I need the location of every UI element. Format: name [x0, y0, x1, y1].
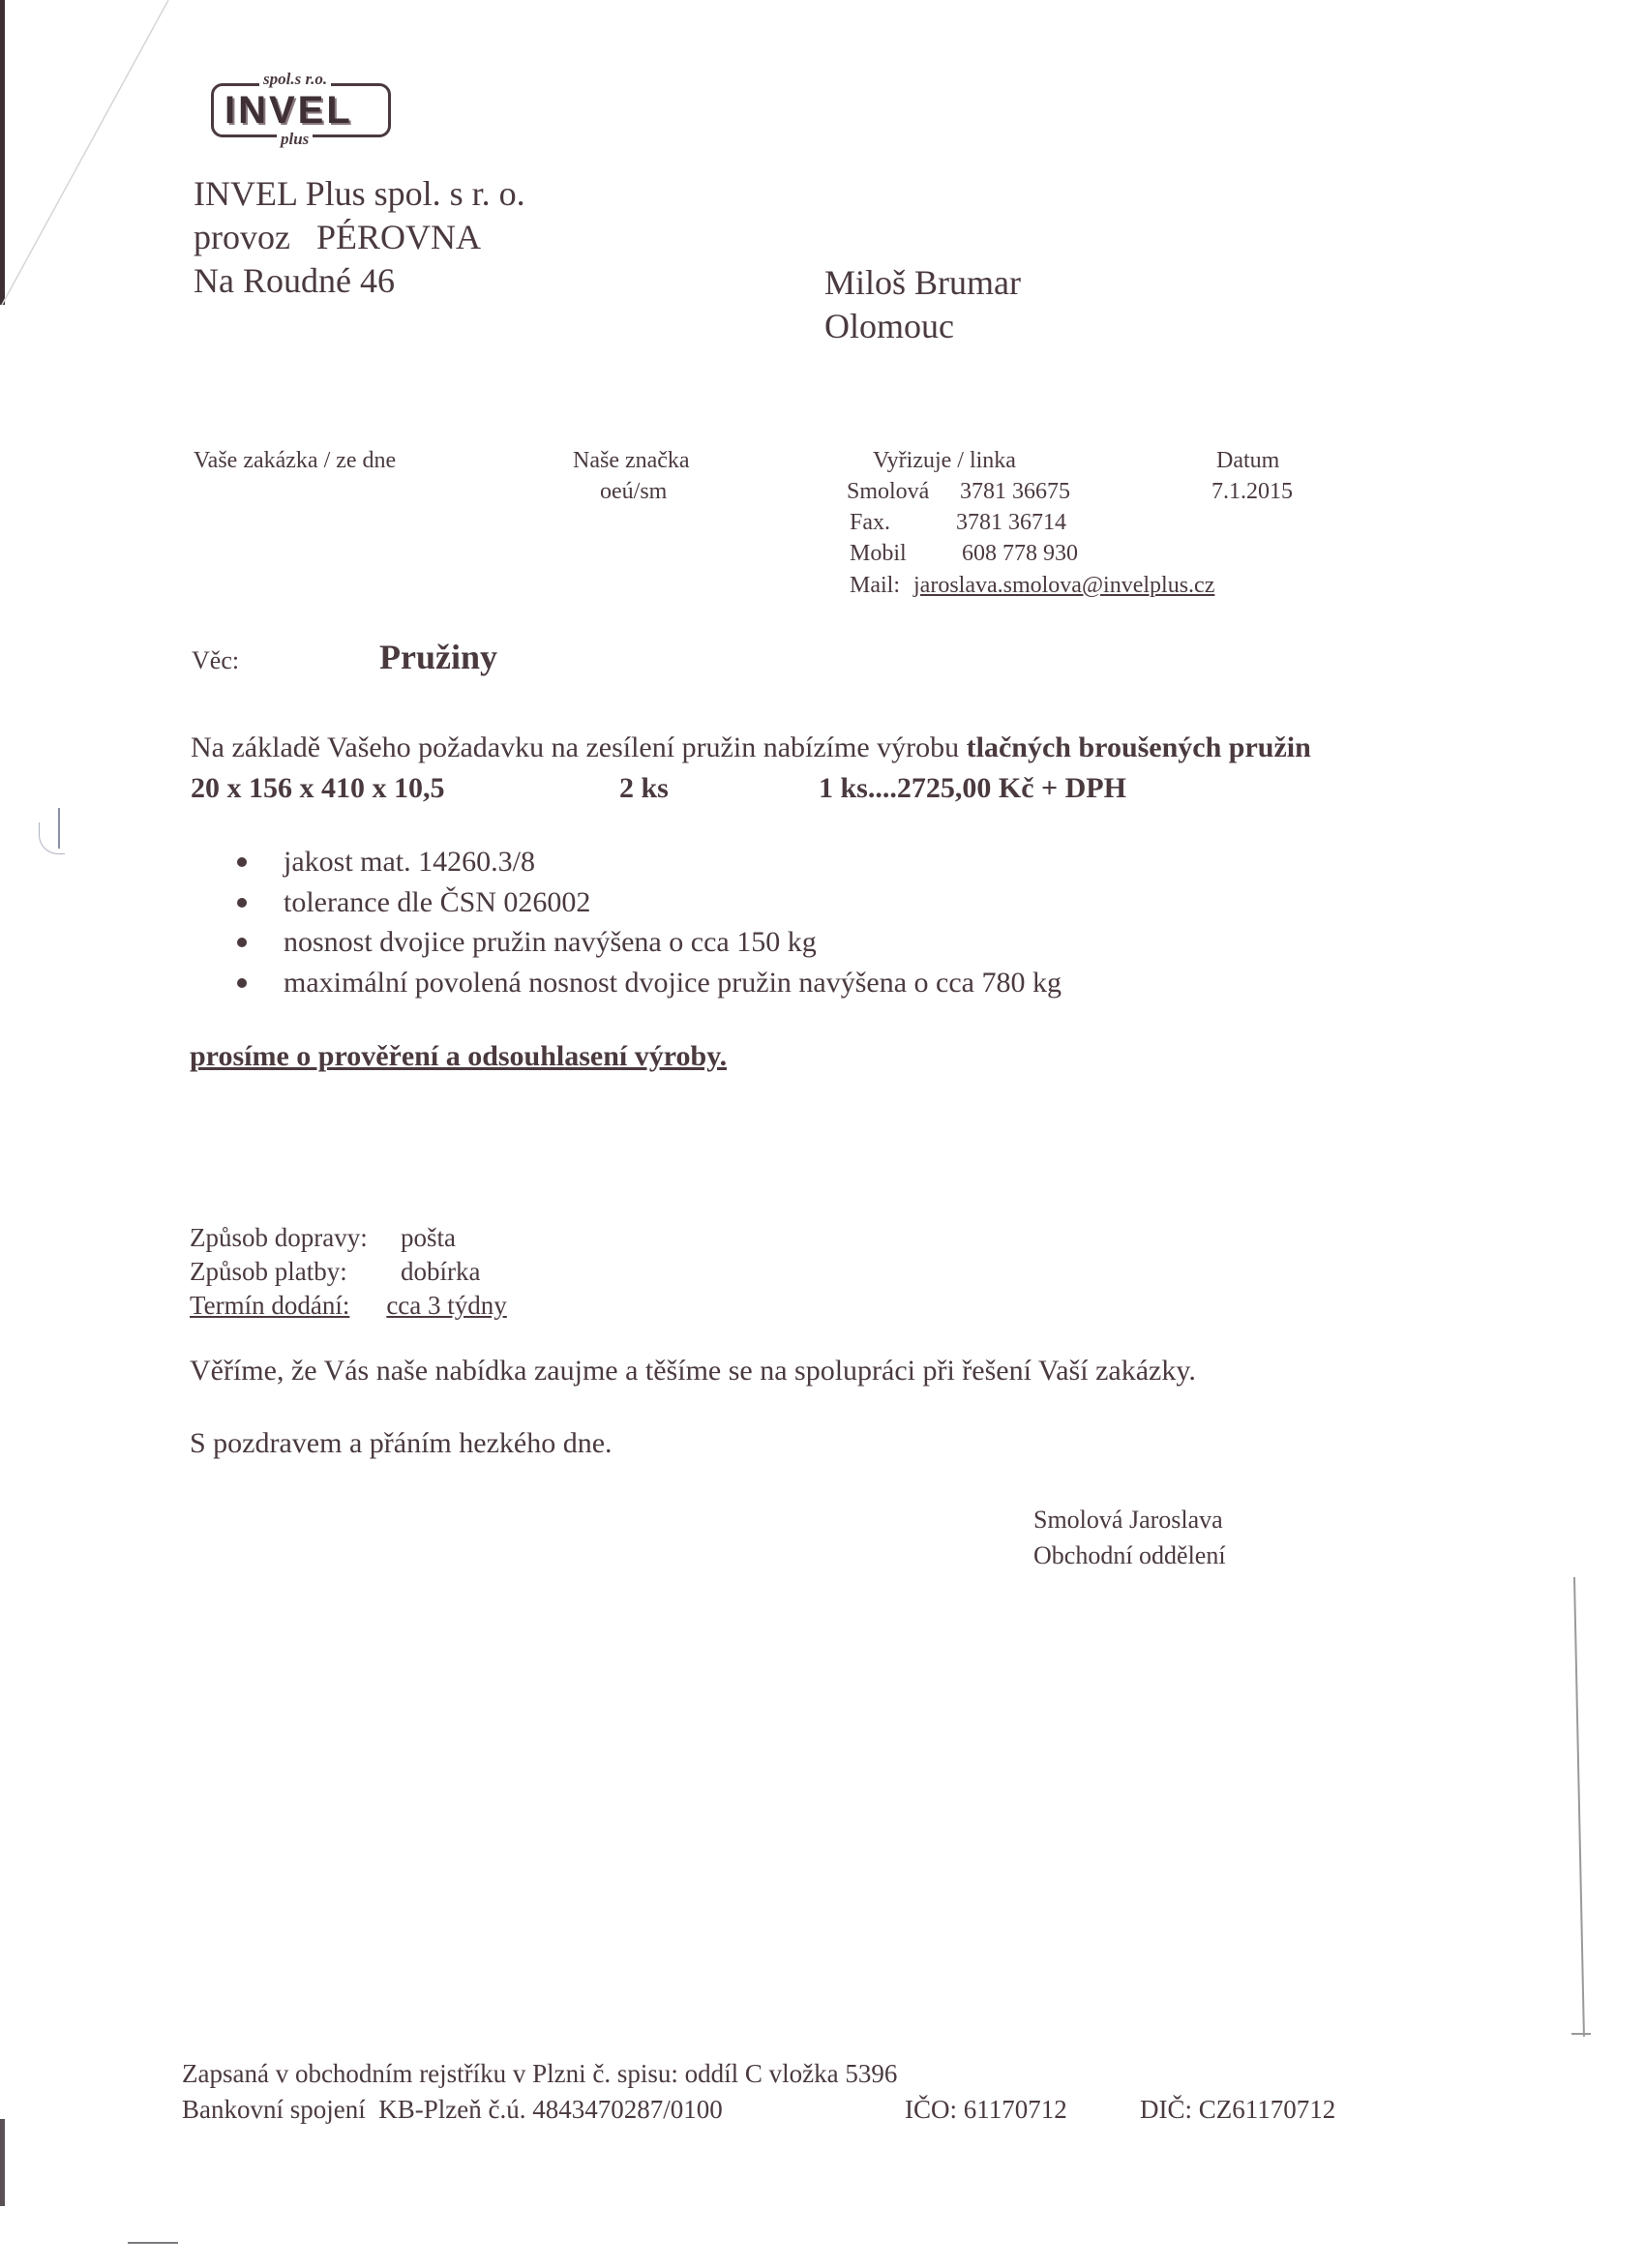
list-item: nosnost dvojice pružin navýšena o cca 15…	[237, 922, 1062, 963]
recipient-name: Miloš Brumar	[824, 261, 1021, 305]
contact-phone-name: Smolová	[847, 476, 929, 507]
bullet-text: jakost mat. 14260.3/8	[284, 846, 535, 878]
offer-intro-text: Na základě Vašeho požadavku na zesílení …	[191, 731, 967, 763]
terms-value: dobírka	[401, 1255, 480, 1289]
terms-row-transport: Způsob dopravy: pošta	[190, 1221, 673, 1255]
your-order-label: Vaše zakázka / ze dne	[194, 445, 396, 476]
bullet-text: nosnost dvojice pružin navýšena o cca 15…	[284, 926, 817, 958]
contact-fax: 3781 36714	[956, 507, 1066, 538]
sender-company: INVEL Plus spol. s r. o.	[194, 172, 525, 216]
bullet-icon	[237, 978, 247, 988]
subject-value: Pružiny	[379, 637, 497, 677]
company-logo: spol.s r.o. INVEL plus	[211, 70, 397, 151]
contact-phone: 3781 36675	[960, 476, 1070, 507]
footer-registry: Zapsaná v obchodním rejstříku v Plzni č.…	[182, 2056, 897, 2092]
offer-product: tlačných broušených pružin	[967, 731, 1311, 763]
list-item: maximální povolená nosnost dvojice pruži…	[237, 963, 1062, 1003]
bullet-text: tolerance dle ČSN 026002	[284, 886, 590, 918]
terms-label: Způsob dopravy:	[190, 1223, 368, 1252]
logo-main-text: INVEL	[224, 89, 353, 132]
terms-row-delivery: Termín dodání:cca 3 týdny	[190, 1289, 534, 1323]
bullet-icon	[237, 898, 247, 908]
footer-ico: IČO: 61170712	[905, 2092, 1067, 2128]
recipient-city: Olomouc	[824, 305, 954, 348]
contact-mail-label: Mail:	[850, 570, 900, 601]
contact-mobile-label: Mobil	[850, 538, 907, 569]
sender-street: Na Roudné 46	[194, 259, 395, 303]
terms-row-payment: Způsob platby: dobírka	[190, 1255, 673, 1289]
approval-request: prosíme o prověření a odsouhlasení výrob…	[190, 1040, 727, 1073]
date-value: 7.1.2015	[1211, 476, 1293, 507]
terms-label: Termín dodání:	[190, 1291, 349, 1320]
bullet-icon	[237, 938, 247, 947]
logo-top-text: spol.s r.o.	[259, 70, 331, 89]
list-item: jakost mat. 14260.3/8	[237, 842, 1062, 882]
spec-price: 1 ks....2725,00 Kč + DPH	[819, 768, 1126, 809]
offer-intro: Na základě Vašeho požadavku na zesílení …	[191, 728, 1311, 768]
scan-margin-line	[1573, 1577, 1585, 2037]
handled-by-label: Vyřizuje / linka	[873, 445, 1016, 476]
scan-mark-bottom	[128, 2242, 178, 2244]
footer-dic: DIČ: CZ61170712	[1140, 2092, 1335, 2128]
delivery-terms: Způsob dopravy: pošta Způsob platby: dob…	[190, 1221, 673, 1323]
signature-department: Obchodní oddělení	[1033, 1537, 1226, 1573]
logo-bottom-text: plus	[277, 130, 313, 149]
spec-bullet-list: jakost mat. 14260.3/8 tolerance dle ČSN …	[237, 842, 1062, 1002]
list-item: tolerance dle ČSN 026002	[237, 882, 1062, 923]
scan-mark-curve	[39, 822, 65, 854]
bullet-text: maximální povolená nosnost dvojice pruži…	[284, 967, 1062, 999]
our-ref-label: Naše značka	[573, 445, 690, 476]
subject-label: Věc:	[192, 646, 239, 675]
terms-value: pošta	[401, 1221, 456, 1255]
terms-label: Způsob platby:	[190, 1257, 347, 1286]
contact-mail-link[interactable]: jaroslava.smolova@invelplus.cz	[913, 570, 1214, 601]
contact-fax-label: Fax.	[850, 507, 890, 538]
scan-margin-line-foot	[1571, 2033, 1591, 2035]
bullet-icon	[237, 857, 247, 867]
greeting-line: S pozdravem a přáním hezkého dne.	[190, 1427, 613, 1460]
footer-bank: Bankovní spojení KB-Plzeň č.ú. 484347028…	[182, 2092, 723, 2128]
our-ref-value: oeú/sm	[600, 476, 667, 507]
spec-dimensions: 20 x 156 x 410 x 10,5	[191, 768, 445, 809]
scan-edge-shadow-bottom	[0, 2119, 5, 2206]
date-label: Datum	[1216, 445, 1279, 476]
spec-quantity: 2 ks	[619, 768, 669, 809]
scan-fold-line	[0, 0, 174, 310]
terms-value: cca 3 týdny	[386, 1291, 506, 1320]
signature-name: Smolová Jaroslava	[1033, 1502, 1223, 1537]
sender-division: provoz PÉROVNA	[194, 216, 481, 259]
contact-mobile: 608 778 930	[962, 538, 1078, 569]
closing-line: Věříme, že Vás naše nabídka zaujme a těš…	[190, 1355, 1196, 1388]
